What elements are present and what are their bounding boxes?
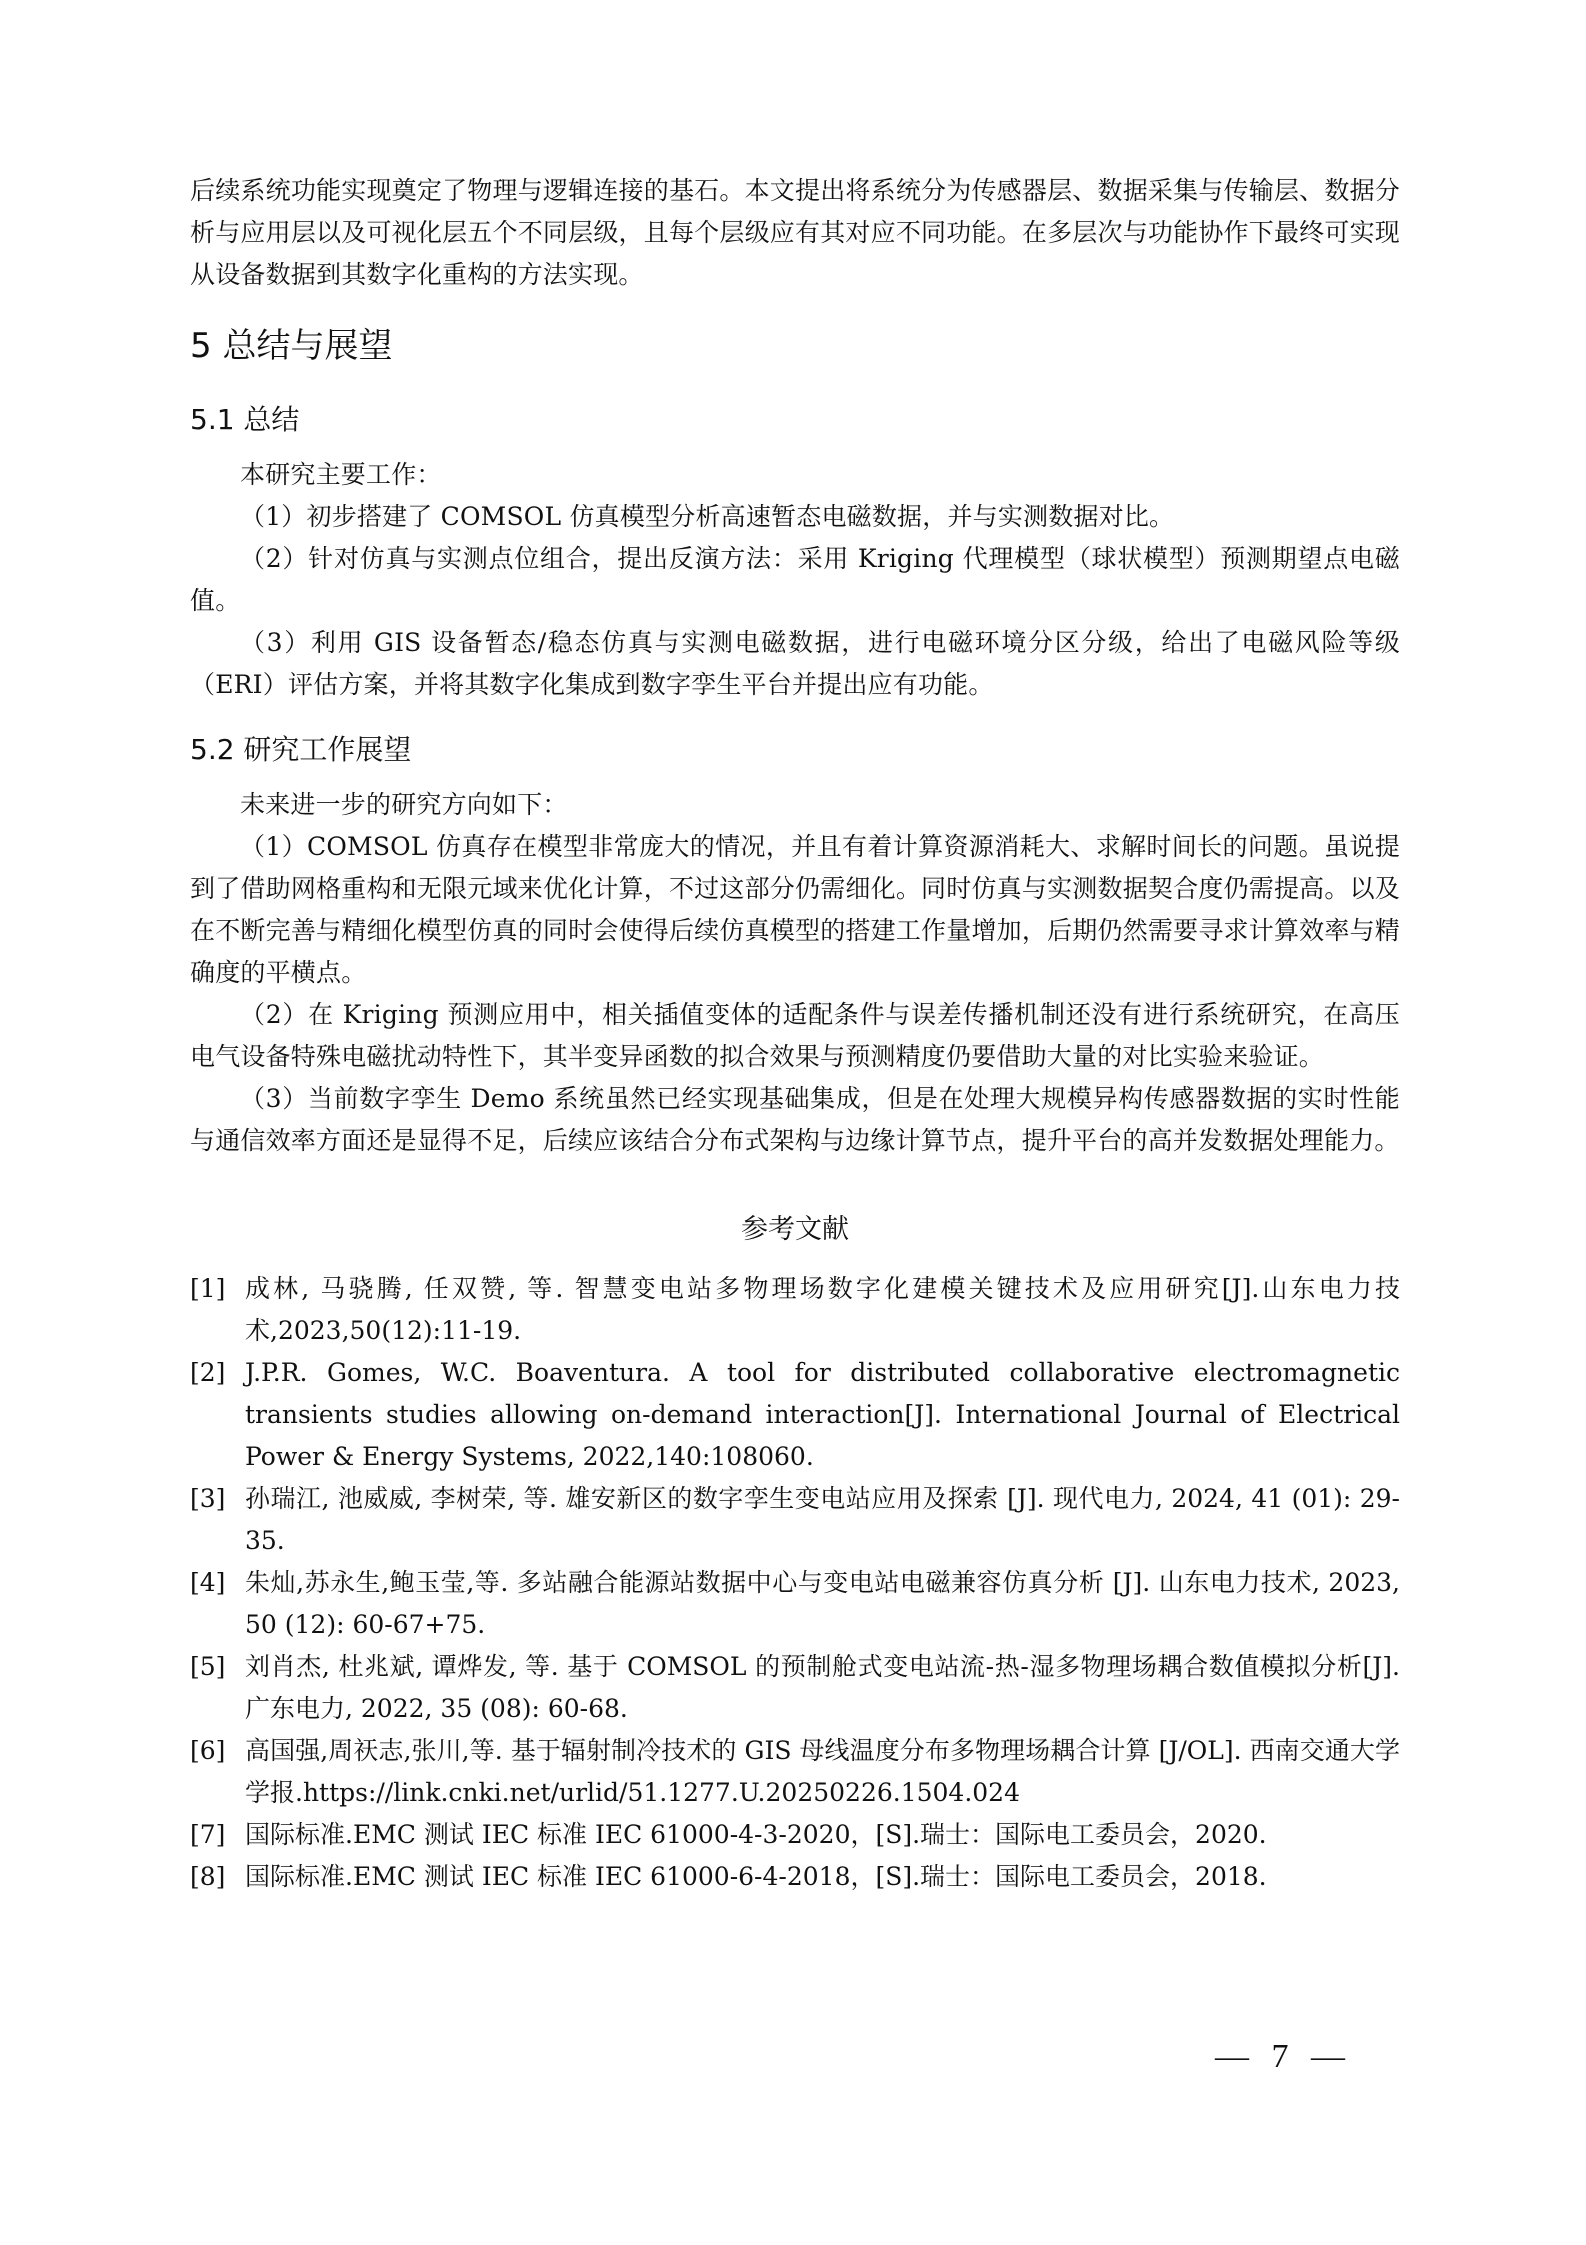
outlook-item-1: （1）COMSOL 仿真存在模型非常庞大的情况，并且有着计算资源消耗大、求解时间…	[190, 826, 1400, 994]
reference-list: [1] 成林, 马骁腾, 任双赞, 等. 智慧变电站多物理场数字化建模关键技术及…	[190, 1268, 1400, 1898]
summary-lead: 本研究主要工作：	[190, 454, 1400, 496]
subsection-heading-5-1: 5.1 总结	[190, 398, 1400, 442]
reference-item: [7] 国际标准.EMC 测试 IEC 标准 IEC 61000-4-3-202…	[190, 1814, 1400, 1856]
reference-number: [4]	[190, 1562, 245, 1646]
reference-text: 朱灿,苏永生,鲍玉莹,等. 多站融合能源站数据中心与变电站电磁兼容仿真分析 [J…	[245, 1562, 1400, 1646]
reference-text: 刘肖杰, 杜兆斌, 谭烨发, 等. 基于 COMSOL 的预制舱式变电站流-热-…	[245, 1646, 1400, 1730]
references-heading: 参考文献	[190, 1210, 1400, 1250]
reference-number: [7]	[190, 1814, 245, 1856]
reference-text: 国际标准.EMC 测试 IEC 标准 IEC 61000-4-3-2020，[S…	[245, 1814, 1400, 1856]
reference-text: 成林, 马骁腾, 任双赞, 等. 智慧变电站多物理场数字化建模关键技术及应用研究…	[245, 1268, 1400, 1352]
reference-item: [8] 国际标准.EMC 测试 IEC 标准 IEC 61000-6-4-201…	[190, 1856, 1400, 1898]
reference-number: [3]	[190, 1478, 245, 1562]
summary-item-1: （1）初步搭建了 COMSOL 仿真模型分析高速暂态电磁数据，并与实测数据对比。	[190, 496, 1400, 538]
reference-item: [4] 朱灿,苏永生,鲍玉莹,等. 多站融合能源站数据中心与变电站电磁兼容仿真分…	[190, 1562, 1400, 1646]
reference-number: [1]	[190, 1268, 245, 1352]
reference-text: 高国强,周祆志,张川,等. 基于辐射制冷技术的 GIS 母线温度分布多物理场耦合…	[245, 1730, 1400, 1814]
outlook-item-2: （2）在 Kriging 预测应用中，相关插值变体的适配条件与误差传播机制还没有…	[190, 994, 1400, 1078]
outlook-item-3: （3）当前数字孪生 Demo 系统虽然已经实现基础集成，但是在处理大规模异构传感…	[190, 1078, 1400, 1162]
intro-paragraph: 后续系统功能实现奠定了物理与逻辑连接的基石。本文提出将系统分为传感器层、数据采集…	[190, 170, 1400, 296]
reference-number: [2]	[190, 1352, 245, 1478]
reference-text: 国际标准.EMC 测试 IEC 标准 IEC 61000-6-4-2018，[S…	[245, 1856, 1400, 1898]
outlook-lead: 未来进一步的研究方向如下：	[190, 784, 1400, 826]
reference-number: [6]	[190, 1730, 245, 1814]
page-number: — 7 —	[1215, 2038, 1345, 2076]
reference-item: [3] 孙瑞江, 池威威, 李树荣, 等. 雄安新区的数字孪生变电站应用及探索 …	[190, 1478, 1400, 1562]
reference-item: [2] J.P.R. Gomes, W.C. Boaventura. A too…	[190, 1352, 1400, 1478]
subsection-heading-5-2: 5.2 研究工作展望	[190, 728, 1400, 772]
section-heading-5: 5 总结与展望	[190, 316, 1400, 376]
reference-number: [8]	[190, 1856, 245, 1898]
reference-number: [5]	[190, 1646, 245, 1730]
reference-text: J.P.R. Gomes, W.C. Boaventura. A tool fo…	[245, 1352, 1400, 1478]
reference-item: [6] 高国强,周祆志,张川,等. 基于辐射制冷技术的 GIS 母线温度分布多物…	[190, 1730, 1400, 1814]
summary-item-2: （2）针对仿真与实测点位组合，提出反演方法：采用 Kriging 代理模型（球状…	[190, 538, 1400, 622]
reference-text: 孙瑞江, 池威威, 李树荣, 等. 雄安新区的数字孪生变电站应用及探索 [J].…	[245, 1478, 1400, 1562]
summary-item-3: （3）利用 GIS 设备暂态/稳态仿真与实测电磁数据，进行电磁环境分区分级，给出…	[190, 622, 1400, 706]
reference-item: [5] 刘肖杰, 杜兆斌, 谭烨发, 等. 基于 COMSOL 的预制舱式变电站…	[190, 1646, 1400, 1730]
document-page: 后续系统功能实现奠定了物理与逻辑连接的基石。本文提出将系统分为传感器层、数据采集…	[190, 170, 1400, 1898]
reference-item: [1] 成林, 马骁腾, 任双赞, 等. 智慧变电站多物理场数字化建模关键技术及…	[190, 1268, 1400, 1352]
